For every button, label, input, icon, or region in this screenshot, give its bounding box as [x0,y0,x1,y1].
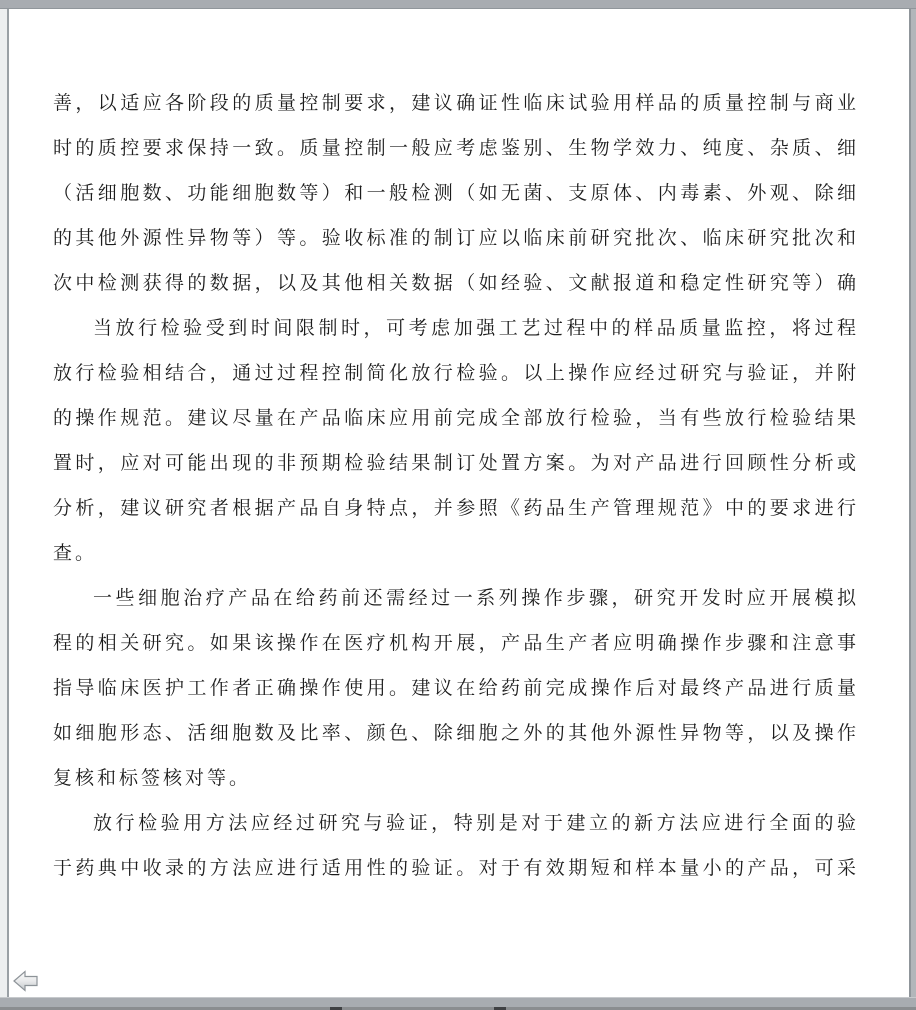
window-top-border [0,0,916,9]
document-window: 善，以适应各阶段的质量控制要求，建议确证性临床试验用样品的质量控制与商业化生产时… [0,0,916,1010]
text-line: 的其他外源性异物等）等。验收标准的制订应以临床前研究批次、临床研究批次和验证批 [53,216,859,261]
text-line: （活细胞数、功能细胞数等）和一般检测（如无菌、支原体、内毒素、外观、除细胞之外 [53,171,859,216]
text-line: 善，以适应各阶段的质量控制要求，建议确证性临床试验用样品的质量控制与商业化生产 [53,81,859,126]
text-line: 查。 [53,531,859,576]
page-left-edge [0,9,9,997]
text-line: 于药典中收录的方法应进行适用性的验证。对于有效期短和样本量小的产品，可采用快速、 [53,846,859,891]
text-line: 放行检验相结合，通过过程控制简化放行检验。以上操作应经过研究与验证，并附有相应 [53,351,859,396]
text-line: 程的相关研究。如果该操作在医疗机构开展，产品生产者应明确操作步骤和注意事项，以 [53,621,859,666]
page-right-edge [909,9,916,997]
text-line: 放行检验用方法应经过研究与验证，特别是对于建立的新方法应进行全面的验证，对 [53,801,859,846]
text-line: 复核和标签核对等。 [53,756,859,801]
back-arrow-button[interactable] [13,970,39,992]
text-line: 一些细胞治疗产品在给药前还需经过一系列操作步骤，研究开发时应开展模拟给药过 [53,576,859,621]
text-line: 分析，建议研究者根据产品自身特点，并参照《药品生产管理规范》中的要求进行留样备 [53,486,859,531]
text-line: 如细胞形态、活细胞数及比率、颜色、除细胞之外的其他外源性异物等，以及操作步骤的 [53,711,859,756]
text-line: 指导临床医护工作者正确操作使用。建议在给药前完成操作后对最终产品进行质量核准， [53,666,859,711]
text-line: 当放行检验受到时间限制时，可考虑加强工艺过程中的样品质量监控，将过程控制与 [53,306,859,351]
text-line: 的操作规范。建议尽量在产品临床应用前完成全部放行检验，当有些放行检验结果可能后 [53,396,859,441]
back-arrow-icon [13,970,39,992]
document-text-block: 善，以适应各阶段的质量控制要求，建议确证性临床试验用样品的质量控制与商业化生产时… [53,81,859,891]
window-bottom-border [0,997,916,1010]
text-line: 次中检测获得的数据，以及其他相关数据（如经验、文献报道和稳定性研究等）确定。 [53,261,859,306]
text-line: 时的质控要求保持一致。质量控制一般应考虑鉴别、生物学效力、纯度、杂质、细胞数量 [53,126,859,171]
document-page: 善，以适应各阶段的质量控制要求，建议确证性临床试验用样品的质量控制与商业化生产时… [9,9,909,997]
text-line: 置时，应对可能出现的非预期检验结果制订处置方案。为对产品进行回顾性分析或进一步 [53,441,859,486]
